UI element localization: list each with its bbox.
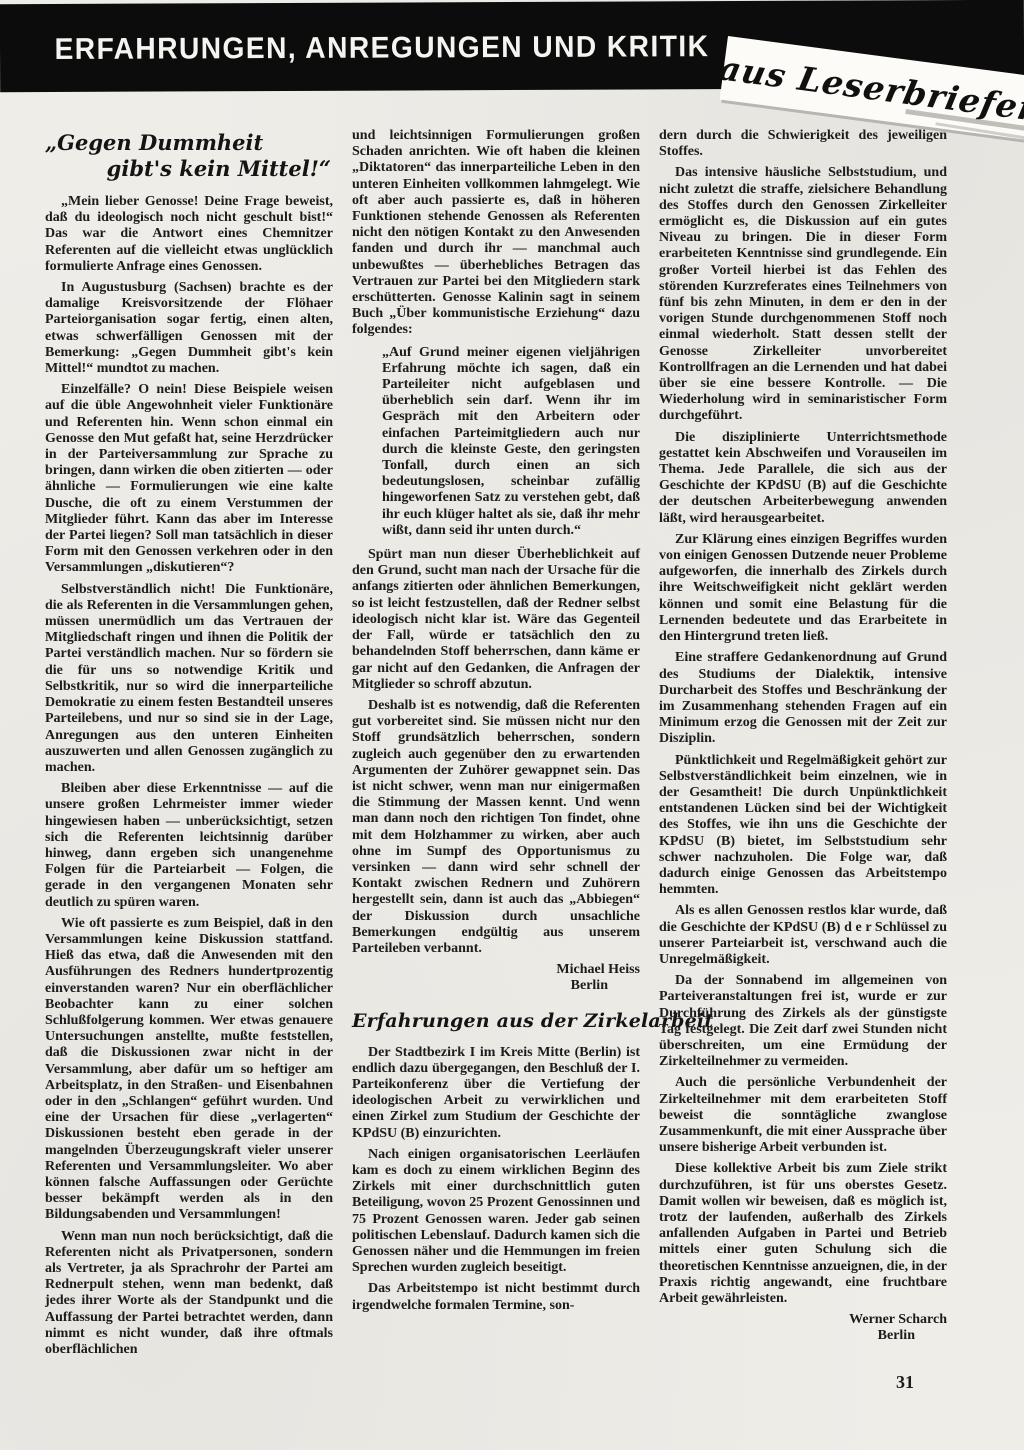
- paragraph-continuation: dern durch die Schwierigkeit des jeweili…: [659, 128, 947, 160]
- paragraph: Da der Sonnabend im allgemeinen von Part…: [659, 973, 947, 1070]
- column-2: und leichtsinnigen Formulierungen großen…: [352, 128, 640, 1363]
- paragraph: Wie oft passierte es zum Beispiel, daß i…: [45, 916, 333, 1224]
- paragraph: In Augustusburg (Sachsen) brachte es der…: [45, 280, 333, 377]
- signature-name: Werner Scharch: [659, 1312, 947, 1328]
- paragraph: Der Stadtbezirk I im Kreis Mitte (Berlin…: [352, 1045, 640, 1142]
- article1-signature: Michael Heiss Berlin: [352, 962, 640, 994]
- paragraph: Diese kollektive Arbeit bis zum Ziele st…: [659, 1161, 947, 1307]
- column-3: dern durch die Schwierigkeit des jeweili…: [659, 128, 947, 1363]
- paragraph: Das Arbeitstempo ist nicht bestimmt durc…: [352, 1281, 640, 1313]
- signature-city: Berlin: [659, 1328, 947, 1344]
- article2-title: Erfahrungen aus der Zirkelarbeit: [352, 1009, 640, 1033]
- article1-title-line2: gibt's kein Mittel!“: [45, 156, 333, 182]
- paragraph: Das intensive häusliche Selbststudium, u…: [659, 165, 947, 424]
- column-1: „Gegen Dummheit gibt's kein Mittel!“ „Me…: [45, 128, 333, 1363]
- paragraph: Selbstverständlich nicht! Die Funktionär…: [45, 582, 333, 776]
- kalinin-quote: „Auf Grund meiner eigenen vieljährigen E…: [352, 345, 640, 539]
- page-number: 31: [896, 1372, 914, 1393]
- paragraph: Pünktlichkeit und Regelmäßigkeit gehört …: [659, 753, 947, 899]
- paragraph: Spürt man nun dieser Überheblichkeit auf…: [352, 547, 640, 693]
- paragraph: Die disziplinierte Unterrichtsmethode ge…: [659, 430, 947, 527]
- signature-city: Berlin: [352, 978, 640, 994]
- article2-signature: Werner Scharch Berlin: [659, 1312, 947, 1344]
- paragraph: Deshalb ist es notwendig, daß die Refere…: [352, 698, 640, 957]
- paragraph: Einzelfälle? O nein! Diese Beispiele wei…: [45, 382, 333, 576]
- paragraph: Wenn man nun noch berücksichtigt, daß di…: [45, 1229, 333, 1359]
- signature-name: Michael Heiss: [352, 962, 640, 978]
- paragraph: Nach einigen organisatorischen Leerläufe…: [352, 1147, 640, 1277]
- paragraph: Auch die persönliche Verbundenheit der Z…: [659, 1075, 947, 1156]
- paragraph: Als es allen Genossen restlos klar wurde…: [659, 903, 947, 968]
- paragraph-continuation: und leichtsinnigen Formulierungen großen…: [352, 128, 640, 339]
- paragraph: „Mein lieber Genosse! Deine Frage beweis…: [45, 194, 333, 275]
- paragraph: Zur Klärung eines einzigen Begriffes wur…: [659, 532, 947, 645]
- article1-title-line1: „Gegen Dummheit: [45, 130, 333, 156]
- article1-title: „Gegen Dummheit gibt's kein Mittel!“: [45, 130, 333, 182]
- magazine-page: ERFAHRUNGEN, ANREGUNGEN UND KRITIK aus L…: [0, 0, 1024, 1450]
- paragraph: Eine straffere Gedankenordnung auf Grund…: [659, 650, 947, 747]
- paragraph: Bleiben aber diese Erkenntnisse — auf di…: [45, 781, 333, 911]
- article-columns: „Gegen Dummheit gibt's kein Mittel!“ „Me…: [45, 128, 947, 1363]
